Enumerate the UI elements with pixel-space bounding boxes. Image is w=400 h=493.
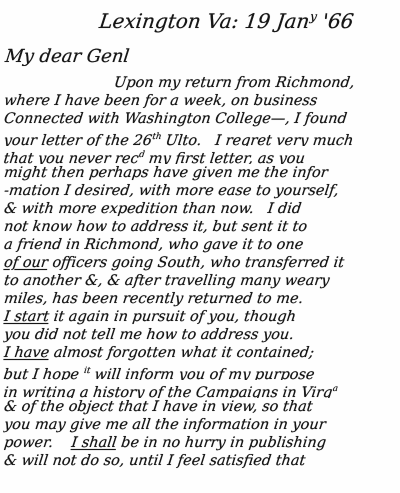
- letter-salutation: My dear Genl: [4, 46, 400, 67]
- letter-line: a friend in Richmond, who gave it to one: [3, 236, 399, 254]
- letter-line: not know how to address it, but sent it …: [3, 218, 399, 236]
- letter-line: where I have been for a week, on busines…: [3, 92, 399, 110]
- letter-line: I have almost forgotten what it containe…: [3, 344, 399, 362]
- letter-line: & will not do so, until I feel satisfied…: [3, 452, 399, 470]
- letter-line: in writing a history of the Campaigns in…: [3, 380, 399, 398]
- letter-line: & with more expedition than now. I did: [3, 200, 399, 218]
- letter-dateline: Lexington Va: 19 Jany '66: [98, 9, 400, 33]
- letter-line: Connected with Washington College—, I fo…: [3, 110, 399, 128]
- letter-body: Upon my return from Richmond,where I hav…: [0, 74, 400, 470]
- letter-line: & of the object that I have in view, so …: [3, 398, 399, 416]
- letter-line: you did not tell me how to address you.: [3, 326, 399, 344]
- letter-line: Upon my return from Richmond,: [3, 74, 399, 92]
- letter-line: that you never recd my first letter, as …: [3, 146, 399, 164]
- letter-line: power. I shall be in no hurry in publish…: [3, 434, 399, 452]
- letter-page: Lexington Va: 19 Jany '66 My dear Genl U…: [0, 0, 400, 493]
- letter-line: your letter of the 26th Ulto. I regret v…: [3, 128, 399, 146]
- letter-line: but I hope it will inform you of my purp…: [3, 362, 399, 380]
- letter-line: might then perhaps have given me the inf…: [3, 164, 399, 182]
- letter-line: I start it again in pursuit of you, thou…: [3, 308, 399, 326]
- letter-line: you may give me all the information in y…: [3, 416, 399, 434]
- letter-line: -mation I desired, with more ease to you…: [3, 182, 399, 200]
- letter-line: of our officers going South, who transfe…: [3, 254, 399, 272]
- letter-line: to another &, & after travelling many we…: [3, 272, 399, 290]
- letter-line: miles, has been recently returned to me.: [3, 290, 399, 308]
